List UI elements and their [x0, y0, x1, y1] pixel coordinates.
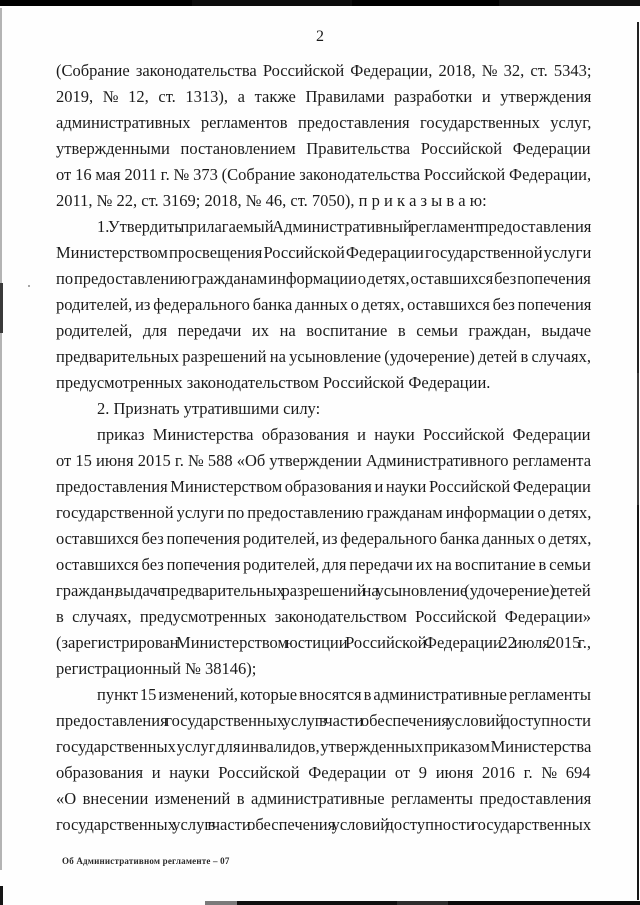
text-line: административных регламентов предоставле…: [56, 110, 591, 136]
scan-artifact-right-line: [637, 22, 639, 900]
text-line: от 15 июня 2015 г. № 588 «Об утверждении…: [56, 448, 591, 474]
text-line: приказ Министерства образования и науки …: [56, 422, 591, 448]
scan-speck: [28, 285, 30, 287]
text-line: родителей, для передачи их на воспитание…: [56, 318, 591, 344]
text-line: государственных услуг в части обеспечени…: [56, 812, 591, 838]
text-line: образования и науки Российской Федерации…: [56, 760, 591, 786]
text-line: (Собрание законодательства Российской Фе…: [56, 58, 591, 84]
text-line: предоставления Министерством образования…: [56, 474, 591, 500]
text-line: Министерством просвещения Российской Фед…: [56, 240, 591, 266]
text-line: родителей, из федерального банка данных …: [56, 292, 591, 318]
scan-artifact-left-line: [0, 8, 2, 870]
text-line: оставшихся без попечения родителей, из ф…: [56, 526, 591, 552]
text-line: предоставления государственных услуг в ч…: [56, 708, 591, 734]
text-line: 2019, № 12, ст. 1313), а также Правилами…: [56, 84, 591, 110]
text-line: государственной услуги по предоставлению…: [56, 500, 591, 526]
document-page: 2 (Собрание законодательства Российской …: [0, 0, 640, 905]
text-line: (зарегистрирован Министерством юстиции Р…: [56, 630, 591, 656]
text-line: 1. Утвердить прилагаемый Административны…: [56, 214, 591, 240]
text-line: утвержденными постановлением Правительст…: [56, 136, 591, 162]
text-line: государственных услуг для инвалидов, утв…: [56, 734, 591, 760]
text-line: 2011, № 22, ст. 3169; 2018, № 46, ст. 70…: [56, 188, 591, 214]
document-body: (Собрание законодательства Российской Фе…: [56, 58, 591, 838]
text-line: 2. Признать утратившими силу:: [56, 396, 591, 422]
page-number: 2: [0, 28, 640, 46]
text-line: «О внесении изменений в административные…: [56, 786, 591, 812]
text-line: оставшихся без попечения родителей, для …: [56, 552, 591, 578]
text-line: граждан, выдаче предварительных разрешен…: [56, 578, 591, 604]
text-line: регистрационный № 38146);: [56, 656, 591, 682]
text-line: предусмотренных законодательством Россий…: [56, 370, 591, 396]
scan-artifact-bottom-bar: [0, 901, 640, 905]
text-line: по предоставлению гражданам информации о…: [56, 266, 591, 292]
scan-artifact-top-bar: [0, 0, 640, 6]
text-line: в случаях, предусмотренных законодательс…: [56, 604, 591, 630]
footer-note: Об Административном регламенте – 07: [62, 856, 230, 866]
scan-artifact-left-line-dark-segment: [0, 283, 3, 333]
text-line: от 16 мая 2011 г. № 373 (Собрание законо…: [56, 162, 591, 188]
text-line: предварительных разрешений на усыновлени…: [56, 344, 591, 370]
text-line: пункт 15 изменений, которые вносятся в а…: [56, 682, 591, 708]
